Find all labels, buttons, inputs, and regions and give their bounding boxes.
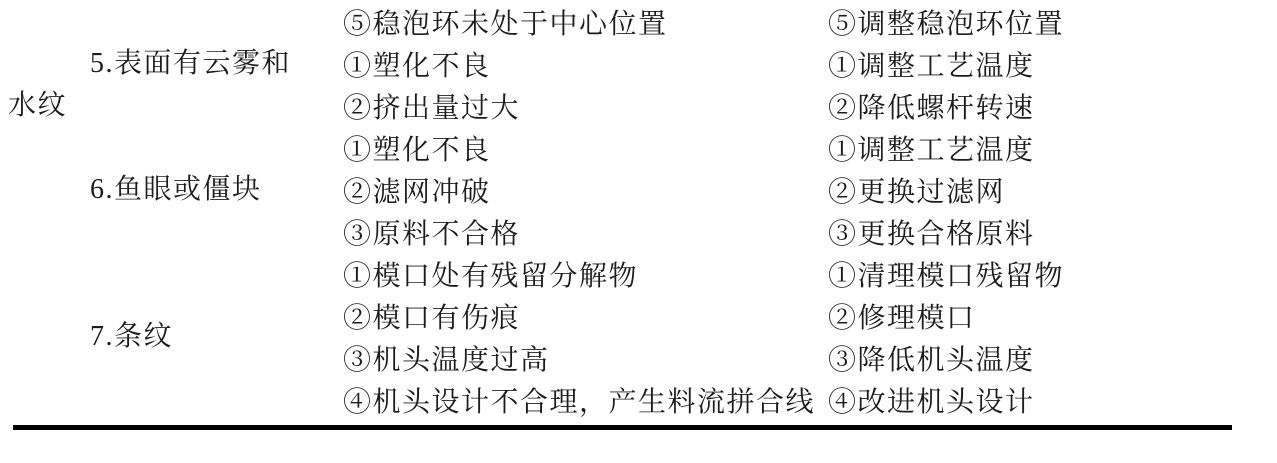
cause-cell: ①模口处有残留分解物	[335, 253, 820, 295]
solution-cell: ④改进机头设计	[820, 379, 1277, 421]
solution-cell: ①调整工艺温度	[820, 127, 1277, 169]
solution-cell: ①调整工艺温度	[820, 43, 1277, 85]
document-page: ⑤稳泡环未处于中心位置⑤调整稳泡环位置5.表面有云雾和水纹①塑化不良①调整工艺温…	[0, 1, 1277, 463]
cause-cell: ②模口有伤痕	[335, 295, 820, 337]
solution-cell: ②修理模口	[820, 295, 1277, 337]
cause-cell: ③机头温度过高	[335, 337, 820, 379]
solution-cell: ③更换合格原料	[820, 211, 1277, 253]
solution-cell: ⑤调整稳泡环位置	[820, 1, 1277, 43]
defect-name-cell: 5.表面有云雾和水纹	[0, 43, 335, 127]
cause-cell: ③原料不合格	[335, 211, 820, 253]
cause-cell: ④机头设计不合理，产生料流拼合线	[335, 379, 820, 421]
defect-table: ⑤稳泡环未处于中心位置⑤调整稳泡环位置5.表面有云雾和水纹①塑化不良①调整工艺温…	[0, 1, 1277, 421]
solution-cell: ②降低螺杆转速	[820, 85, 1277, 127]
defect-name-line: 7.条纹	[0, 316, 335, 358]
defect-name-cell	[0, 1, 335, 43]
defect-name-cell: 6.鱼眼或僵块	[0, 127, 335, 253]
solution-cell: ①清理模口残留物	[820, 253, 1277, 295]
solution-cell: ③降低机头温度	[820, 337, 1277, 379]
table-row: ⑤稳泡环未处于中心位置⑤调整稳泡环位置	[0, 1, 1277, 43]
cause-cell: ①塑化不良	[335, 43, 820, 85]
cause-cell: ②滤网冲破	[335, 169, 820, 211]
defect-name-line: 5.表面有云雾和	[0, 43, 335, 85]
table-row: 7.条纹①模口处有残留分解物①清理模口残留物	[0, 253, 1277, 295]
cause-cell: ②挤出量过大	[335, 85, 820, 127]
defect-name-line: 水纹	[0, 85, 335, 127]
table-row: 5.表面有云雾和水纹①塑化不良①调整工艺温度	[0, 43, 1277, 85]
table-bottom-border	[13, 425, 1232, 430]
defect-table-body: ⑤稳泡环未处于中心位置⑤调整稳泡环位置5.表面有云雾和水纹①塑化不良①调整工艺温…	[0, 1, 1277, 421]
defect-name-cell: 7.条纹	[0, 253, 335, 421]
table-row: 6.鱼眼或僵块①塑化不良①调整工艺温度	[0, 127, 1277, 169]
defect-name-line: 6.鱼眼或僵块	[0, 169, 335, 211]
cause-cell: ①塑化不良	[335, 127, 820, 169]
cause-cell: ⑤稳泡环未处于中心位置	[335, 1, 820, 43]
solution-cell: ②更换过滤网	[820, 169, 1277, 211]
